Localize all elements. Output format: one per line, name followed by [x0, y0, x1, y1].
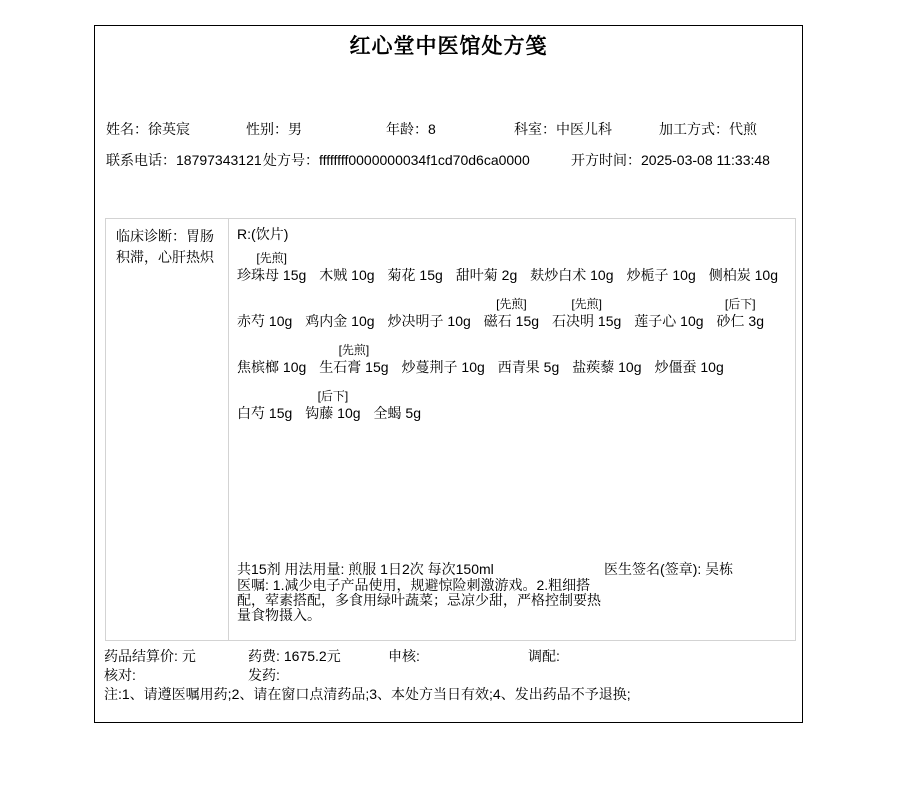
- fee-field: 药费:1675.2元: [248, 646, 341, 666]
- herb-item: 炒决明子 10g: [388, 296, 471, 330]
- herb-item: 甜叶菊 2g: [456, 250, 517, 284]
- herb-text: 炒决明子 10g: [388, 312, 471, 330]
- usage-text: 共15剂 用法用量: 煎服 1日2次 每次150ml: [237, 561, 494, 577]
- footer-row-1: 药品结算价:元 药费:1675.2元 申核: 调配:: [95, 646, 802, 664]
- herb-item: 莲子心 10g: [634, 296, 703, 330]
- patient-info-row-2: 联系电话：18797343121 处方号：ffffffff0000000034f…: [95, 150, 802, 168]
- herb-item: 鸡内金 10g: [305, 296, 374, 330]
- rx-time-label: 开方时间：: [571, 152, 641, 168]
- herb-item: [先煎]生石膏 15g: [319, 342, 388, 376]
- patient-name-label: 姓名：: [106, 121, 148, 137]
- prescription-cell: R:(饮片) [先煎]珍珠母 15g木贼 10g菊花 15g甜叶菊 2g麸炒白术…: [229, 219, 795, 640]
- herb-item: 白芍 15g: [237, 388, 292, 422]
- herb-item: 西青果 5g: [498, 342, 559, 376]
- herb-text: 木贼 10g: [319, 266, 374, 284]
- decoction-tag: [374, 388, 421, 404]
- decoction-tag: [572, 342, 641, 358]
- herb-text: 菊花 15g: [388, 266, 443, 284]
- herb-item: [先煎]石决明 15g: [552, 296, 621, 330]
- decoction-tag: [634, 296, 703, 312]
- decoction-tag: [237, 296, 292, 312]
- herb-line-1: [先煎]珍珠母 15g木贼 10g菊花 15g甜叶菊 2g麸炒白术 10g炒栀子…: [237, 250, 791, 284]
- herb-item: 侧柏炭 10g: [709, 250, 778, 284]
- diagnosis-cell: 临床诊断：胃肠积滞，心肝热炽: [106, 219, 229, 640]
- dispense-label: 调配:: [528, 646, 560, 666]
- patient-phone-label: 联系电话：: [106, 152, 176, 168]
- rx-number-field: 处方号：ffffffff0000000034f1cd70d6ca0000: [263, 150, 530, 170]
- patient-gender-field: 性别：男: [246, 119, 302, 139]
- herb-text: 麸炒白术 10g: [530, 266, 613, 284]
- patient-dept-value: 中医儿科: [556, 121, 612, 137]
- rx-time-field: 开方时间：2025-03-08 11:33:48: [571, 150, 770, 170]
- rx-time-value: 2025-03-08 11:33:48: [641, 152, 770, 168]
- patient-name-field: 姓名：徐英宸: [106, 119, 190, 139]
- herb-text: 珍珠母 15g: [237, 266, 306, 284]
- herb-item: 焦槟榔 10g: [237, 342, 306, 376]
- herb-item: [先煎]珍珠母 15g: [237, 250, 306, 284]
- decoction-tag: [先煎]: [319, 342, 388, 358]
- fee-label: 药费:: [248, 648, 280, 664]
- decoction-tag: [498, 342, 559, 358]
- patient-process-field: 加工方式：代煎: [659, 119, 757, 139]
- herb-text: 盐蒺藜 10g: [572, 358, 641, 376]
- herb-text: 炒僵蚕 10g: [655, 358, 724, 376]
- herb-item: 赤芍 10g: [237, 296, 292, 330]
- decoction-tag: [709, 250, 778, 266]
- patient-gender-label: 性别：: [246, 121, 288, 137]
- decoction-tag: [456, 250, 517, 266]
- patient-age-field: 年龄：8: [386, 119, 436, 139]
- fee-value: 1675.2元: [284, 648, 341, 664]
- herb-text: 西青果 5g: [498, 358, 559, 376]
- herb-text: 石决明 15g: [552, 312, 621, 330]
- prescription-sheet: 红心堂中医馆处方笺 姓名：徐英宸 性别：男 年龄：8 科室：中医儿科 加工方式：…: [94, 25, 803, 723]
- decoction-tag: [530, 250, 613, 266]
- herb-text: 炒栀子 10g: [627, 266, 696, 284]
- usage-line: 共15剂 用法用量: 煎服 1日2次 每次150ml 医生签名(签章): 吴栋: [237, 562, 791, 577]
- herb-text: 焦槟榔 10g: [237, 358, 306, 376]
- herb-text: 鸡内金 10g: [305, 312, 374, 330]
- rx-header: R:(饮片): [237, 225, 791, 243]
- decoction-tag: [先煎]: [552, 296, 621, 312]
- herb-text: 磁石 15g: [484, 312, 539, 330]
- herb-text: 白芍 15g: [237, 404, 292, 422]
- patient-phone-value: 18797343121: [176, 152, 262, 168]
- herb-item: [后下]砂仁 3g: [717, 296, 764, 330]
- herb-text: 生石膏 15g: [319, 358, 388, 376]
- herb-item: 炒栀子 10g: [627, 250, 696, 284]
- patient-process-value: 代煎: [729, 121, 757, 137]
- herb-text: 全蝎 5g: [374, 404, 421, 422]
- decoction-tag: [237, 342, 306, 358]
- decoction-tag: [先煎]: [484, 296, 539, 312]
- decoction-tag: [655, 342, 724, 358]
- herb-text: 赤芍 10g: [237, 312, 292, 330]
- patient-age-label: 年龄：: [386, 121, 428, 137]
- rx-number-value: ffffffff0000000034f1cd70d6ca0000: [319, 152, 530, 168]
- herb-text: 甜叶菊 2g: [456, 266, 517, 284]
- doctor-advice: 医嘱: 1.减少电子产品使用，规避惊险刺激游戏。2.粗细搭配，荤素搭配，多食用绿…: [237, 578, 613, 623]
- decoction-tag: [319, 250, 374, 266]
- patient-age-value: 8: [428, 121, 436, 137]
- herb-item: 菊花 15g: [388, 250, 443, 284]
- decoction-tag: [402, 342, 485, 358]
- herb-text: 莲子心 10g: [634, 312, 703, 330]
- check-label: 核对:: [104, 665, 136, 685]
- herb-text: 砂仁 3g: [717, 312, 764, 330]
- footer-row-2: 核对: 发药:: [95, 665, 802, 683]
- herb-line-4: 白芍 15g[后下]钩藤 10g全蝎 5g: [237, 388, 791, 422]
- decoction-tag: [388, 250, 443, 266]
- herb-text: 炒蔓荆子 10g: [402, 358, 485, 376]
- review-label: 申核:: [388, 646, 420, 666]
- patient-name-value: 徐英宸: [148, 121, 190, 137]
- herb-item: 木贼 10g: [319, 250, 374, 284]
- herb-item: 炒蔓荆子 10g: [402, 342, 485, 376]
- patient-dept-field: 科室：中医儿科: [514, 119, 612, 139]
- herb-item: 麸炒白术 10g: [530, 250, 613, 284]
- patient-process-label: 加工方式：: [659, 121, 729, 137]
- decoction-tag: [先煎]: [237, 250, 306, 266]
- patient-info-row-1: 姓名：徐英宸 性别：男 年龄：8 科室：中医儿科 加工方式：代煎: [95, 119, 802, 137]
- herb-item: 炒僵蚕 10g: [655, 342, 724, 376]
- settle-price-unit: 元: [182, 648, 196, 664]
- decoction-tag: [627, 250, 696, 266]
- decoction-tag: [后下]: [305, 388, 360, 404]
- herb-item: [后下]钩藤 10g: [305, 388, 360, 422]
- prescription-table: 临床诊断：胃肠积滞，心肝热炽 R:(饮片) [先煎]珍珠母 15g木贼 10g菊…: [105, 218, 796, 641]
- patient-dept-label: 科室：: [514, 121, 556, 137]
- footer-row-3: 注:1、请遵医嘱用药;2、请在窗口点清药品;3、本处方当日有效;4、发出药品不予…: [95, 684, 802, 702]
- issue-label: 发药:: [248, 665, 280, 685]
- herb-line-3: 焦槟榔 10g[先煎]生石膏 15g炒蔓荆子 10g西青果 5g盐蒺藜 10g炒…: [237, 342, 791, 376]
- decoction-tag: [后下]: [717, 296, 764, 312]
- usage-block: 共15剂 用法用量: 煎服 1日2次 每次150ml 医生签名(签章): 吴栋 …: [237, 562, 791, 623]
- decoction-tag: [237, 388, 292, 404]
- herb-item: [先煎]磁石 15g: [484, 296, 539, 330]
- page-title: 红心堂中医馆处方笺: [95, 35, 802, 59]
- herb-line-2: 赤芍 10g鸡内金 10g炒决明子 10g[先煎]磁石 15g[先煎]石决明 1…: [237, 296, 791, 330]
- herb-text: 钩藤 10g: [305, 404, 360, 422]
- doctor-signature: 医生签名(签章): 吴栋: [604, 562, 733, 577]
- rx-number-label: 处方号：: [263, 152, 319, 168]
- patient-gender-value: 男: [288, 121, 302, 137]
- diagnosis-label: 临床诊断：: [116, 228, 186, 244]
- herb-item: 盐蒺藜 10g: [572, 342, 641, 376]
- decoction-tag: [388, 296, 471, 312]
- patient-phone-field: 联系电话：18797343121: [106, 150, 262, 170]
- herb-text: 侧柏炭 10g: [709, 266, 778, 284]
- decoction-tag: [305, 296, 374, 312]
- herb-item: 全蝎 5g: [374, 388, 421, 422]
- footer-note: 注:1、请遵医嘱用药;2、请在窗口点清药品;3、本处方当日有效;4、发出药品不予…: [104, 684, 631, 704]
- settle-price-label: 药品结算价:: [104, 648, 178, 664]
- settle-price-field: 药品结算价:元: [104, 646, 196, 666]
